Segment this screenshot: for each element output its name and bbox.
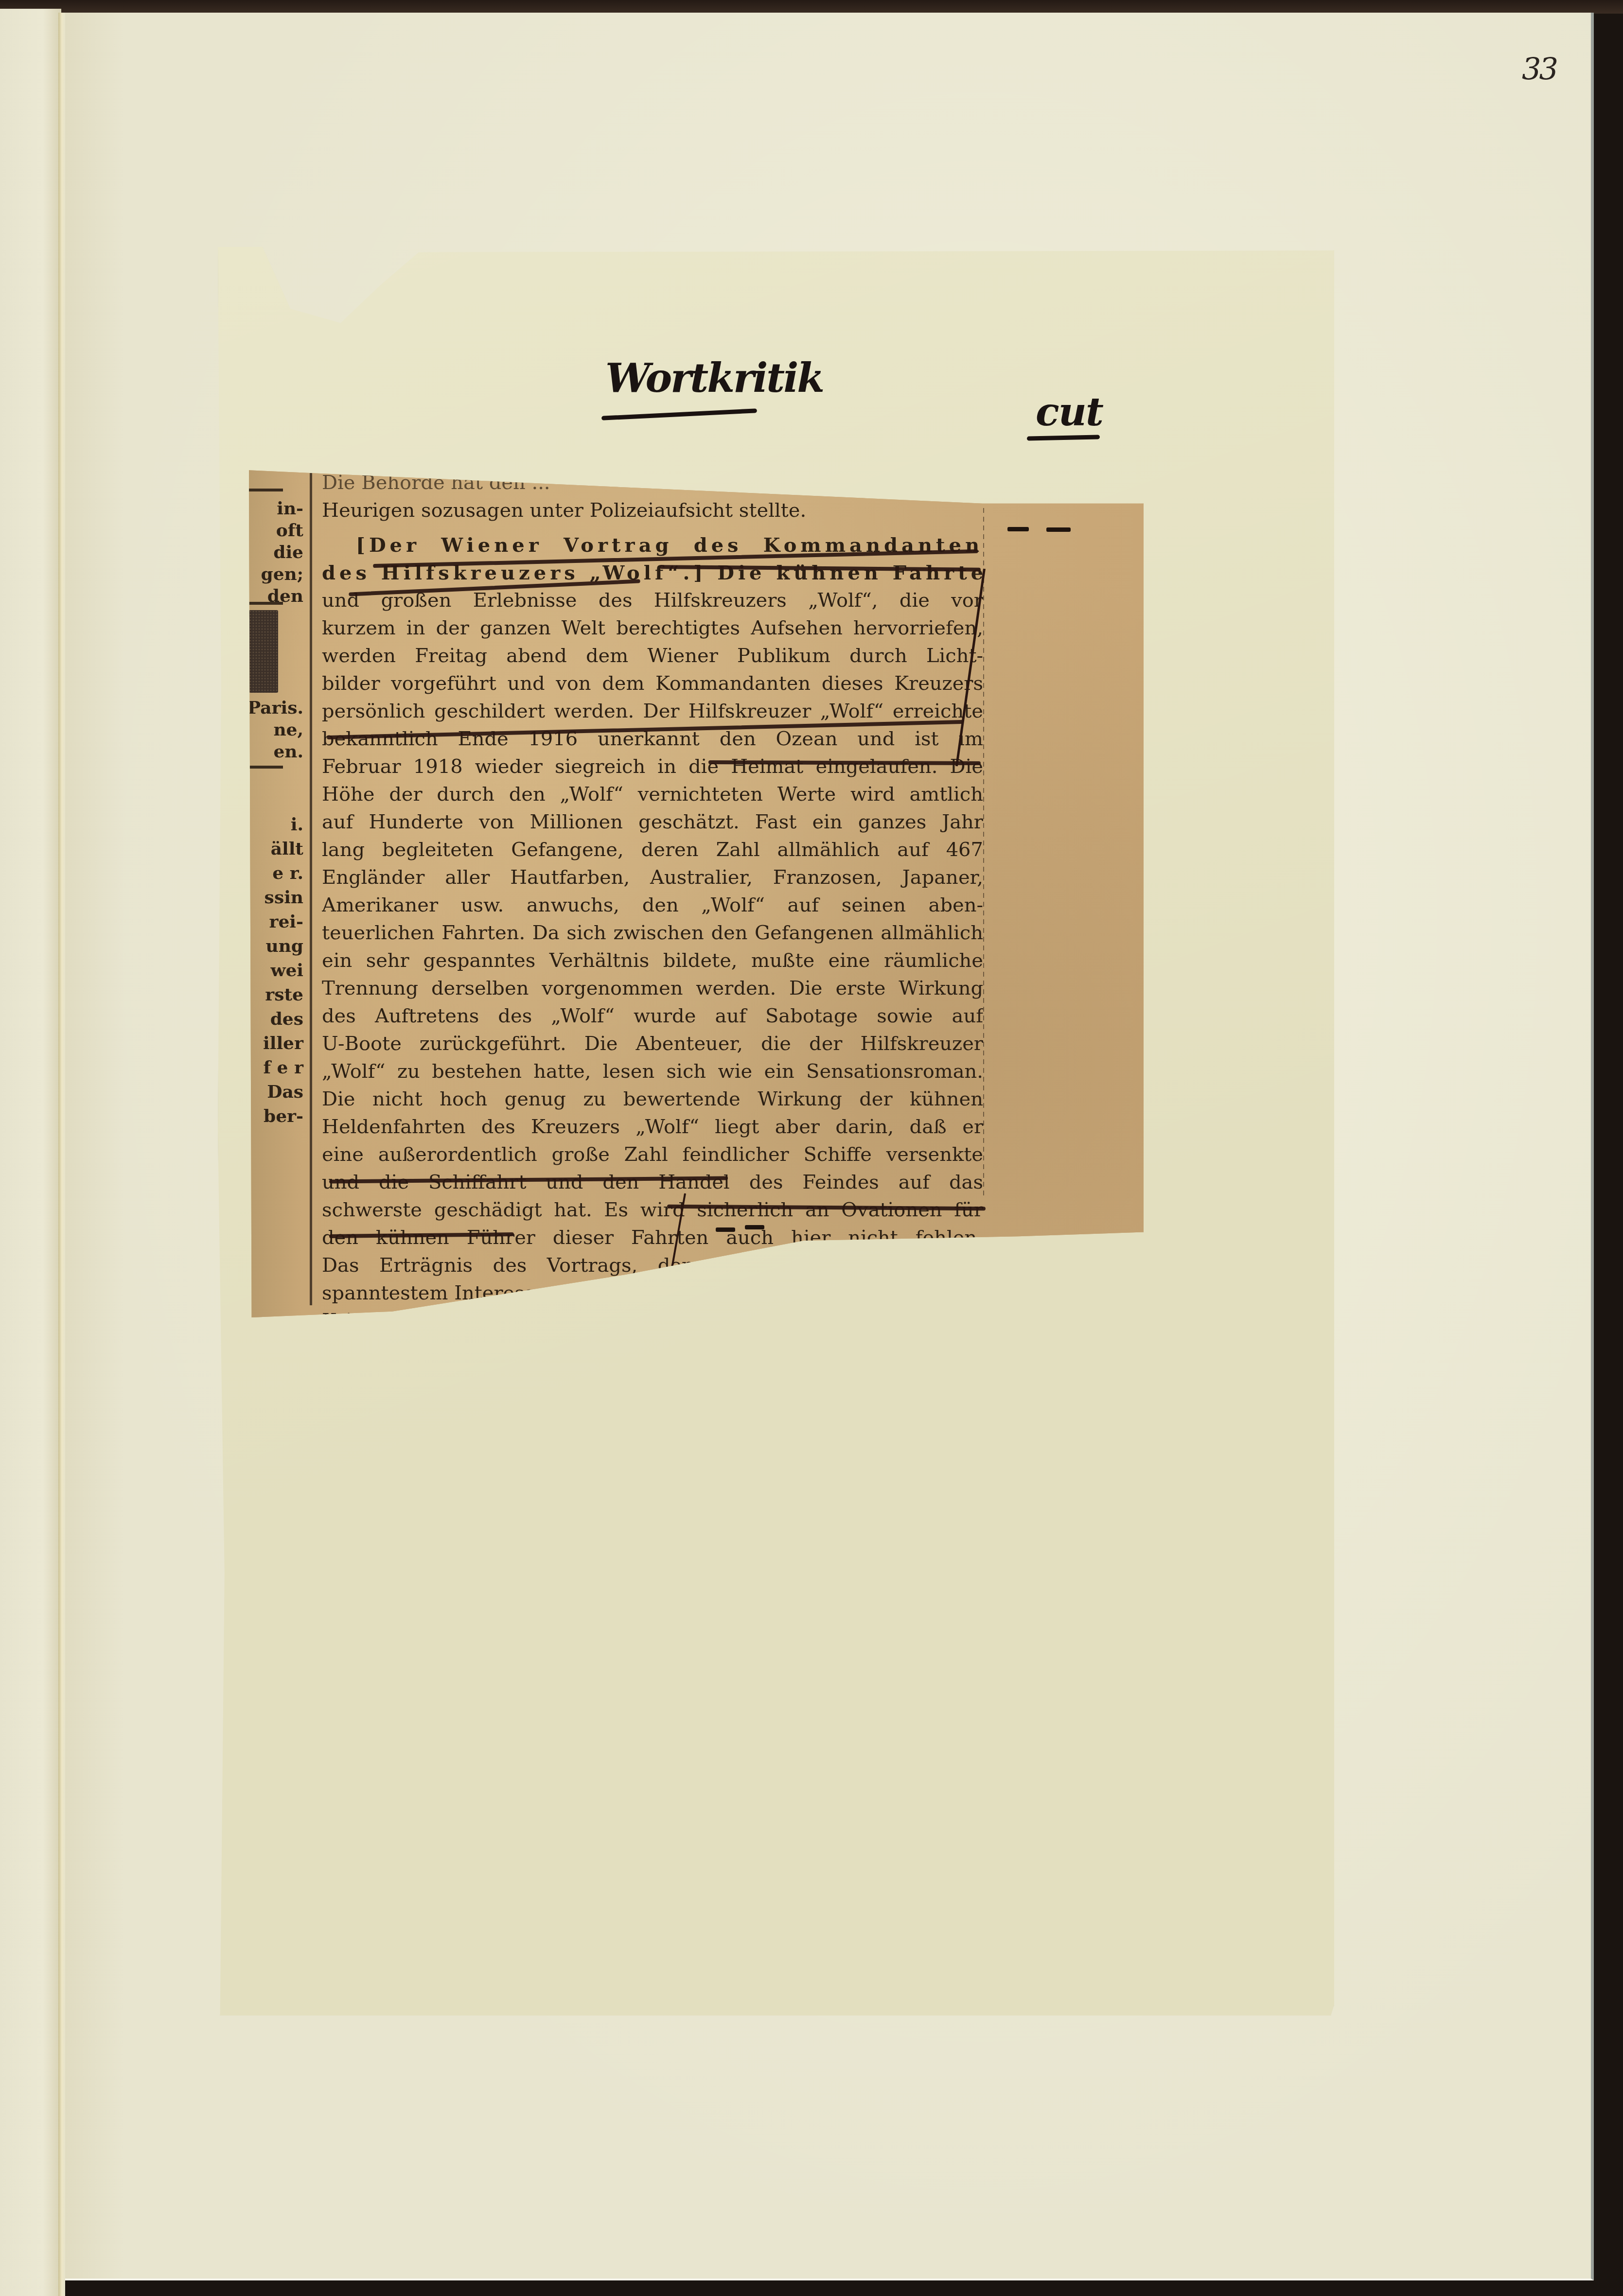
column-rule (249, 489, 283, 491)
article-line: des Auftretens des „Wolf“ wurde auf Sabo… (322, 1002, 983, 1030)
column-fragment-text: rste (265, 984, 303, 1005)
article-line: Die nicht hoch genug zu bewertende Wirku… (322, 1086, 983, 1113)
column-fragment-text: ne, (273, 719, 303, 740)
handwritten-annotation-right: cut (1036, 389, 1103, 435)
article-line: bilder vorgeführt und von dem Kommandant… (322, 670, 983, 698)
article-line: Engländer aller Hautfarben, Australier, … (322, 864, 983, 892)
article-line: Höhe der durch den „Wolf“ vernichteten W… (322, 781, 983, 808)
article-line: Februar 1918 wieder siegreich in die Hei… (322, 753, 983, 781)
column-fragment-text: ssin (265, 887, 303, 908)
article-line: U-Boote zurückgeführt. Die Abenteuer, di… (322, 1030, 983, 1058)
article-line: ein sehr gespanntes Verhältnis bildete, … (322, 947, 983, 975)
column-fragment-text: ällt (271, 839, 303, 859)
article-line: „Wolf“ zu bestehen hatte, lesen sich wie… (322, 1058, 983, 1086)
article-line: teuerlichen Fahrten. Da sich zwischen de… (322, 919, 983, 947)
article-line: persönlich geschildert werden. Der Hilfs… (322, 698, 983, 725)
article-line: werden Freitag abend dem Wiener Publikum… (322, 642, 983, 670)
column-fragment-text: iller (263, 1033, 303, 1053)
article-line: Amerikaner usw. anwuchs, den „Wolf“ auf … (322, 892, 983, 919)
handwritten-annotation-left: Wortkritik (605, 355, 823, 402)
margin-dash-mark (1046, 527, 1071, 532)
column-divider-dotted (983, 508, 984, 1198)
column-fragment-text: oft (276, 520, 303, 541)
adjacent-column-fragment: in- oft die gen; den Paris. ne, en. i. ä… (249, 464, 306, 1317)
column-fragment-text: en. (273, 741, 303, 762)
book-edge (0, 0, 1623, 14)
column-fragment-text: f e r (264, 1057, 303, 1078)
column-rule (249, 766, 283, 769)
article-line: lang begleiteten Gefangene, deren Zahl a… (322, 836, 983, 864)
newspaper-clipping: in- oft die gen; den Paris. ne, en. i. ä… (249, 464, 1144, 1317)
column-fragment-text: ber- (264, 1106, 303, 1126)
column-fragment-text: die (273, 542, 303, 562)
column-fragment-text: wei (270, 960, 303, 981)
column-fragment-text: i. (291, 814, 303, 835)
ink-dash (745, 1225, 764, 1229)
article-line: Heldenfahrten des Kreuzers „Wolf“ liegt … (322, 1113, 983, 1141)
printed-image-fragment (249, 610, 278, 693)
article-line: Trennung derselben vorgenommen werden. D… (322, 975, 983, 1002)
binding-gutter (58, 13, 65, 2296)
column-fragment-text: rei- (269, 911, 304, 932)
previous-page-edge (0, 9, 61, 2296)
column-fragment-text: gen; (261, 564, 303, 584)
article-line: eine außerordentlich große Zahl feindlic… (322, 1141, 983, 1169)
column-fragment-text: Das (267, 1082, 303, 1102)
column-divider (310, 469, 312, 1305)
column-fragment-text: Paris. (247, 698, 303, 718)
folio-number: 33 (1522, 51, 1556, 87)
column-fragment-text: in- (277, 498, 303, 519)
column-fragment-text: e r. (272, 863, 303, 883)
article-line: auf Hunderte von Millionen geschätzt. Fa… (322, 808, 983, 836)
column-fragment-text: ung (265, 936, 303, 956)
article-line: kurzem in der ganzen Welt berechtigtes A… (322, 614, 983, 642)
article-line: Heurigen sozusagen unter Polizeiaufsicht… (322, 497, 983, 525)
ink-dash (716, 1227, 735, 1232)
column-rule (249, 602, 283, 605)
article-line: schwerste geschädigt hat. Es wird sicher… (322, 1196, 983, 1224)
margin-dash-mark (1007, 527, 1029, 531)
column-fragment-text: des (270, 1009, 303, 1029)
